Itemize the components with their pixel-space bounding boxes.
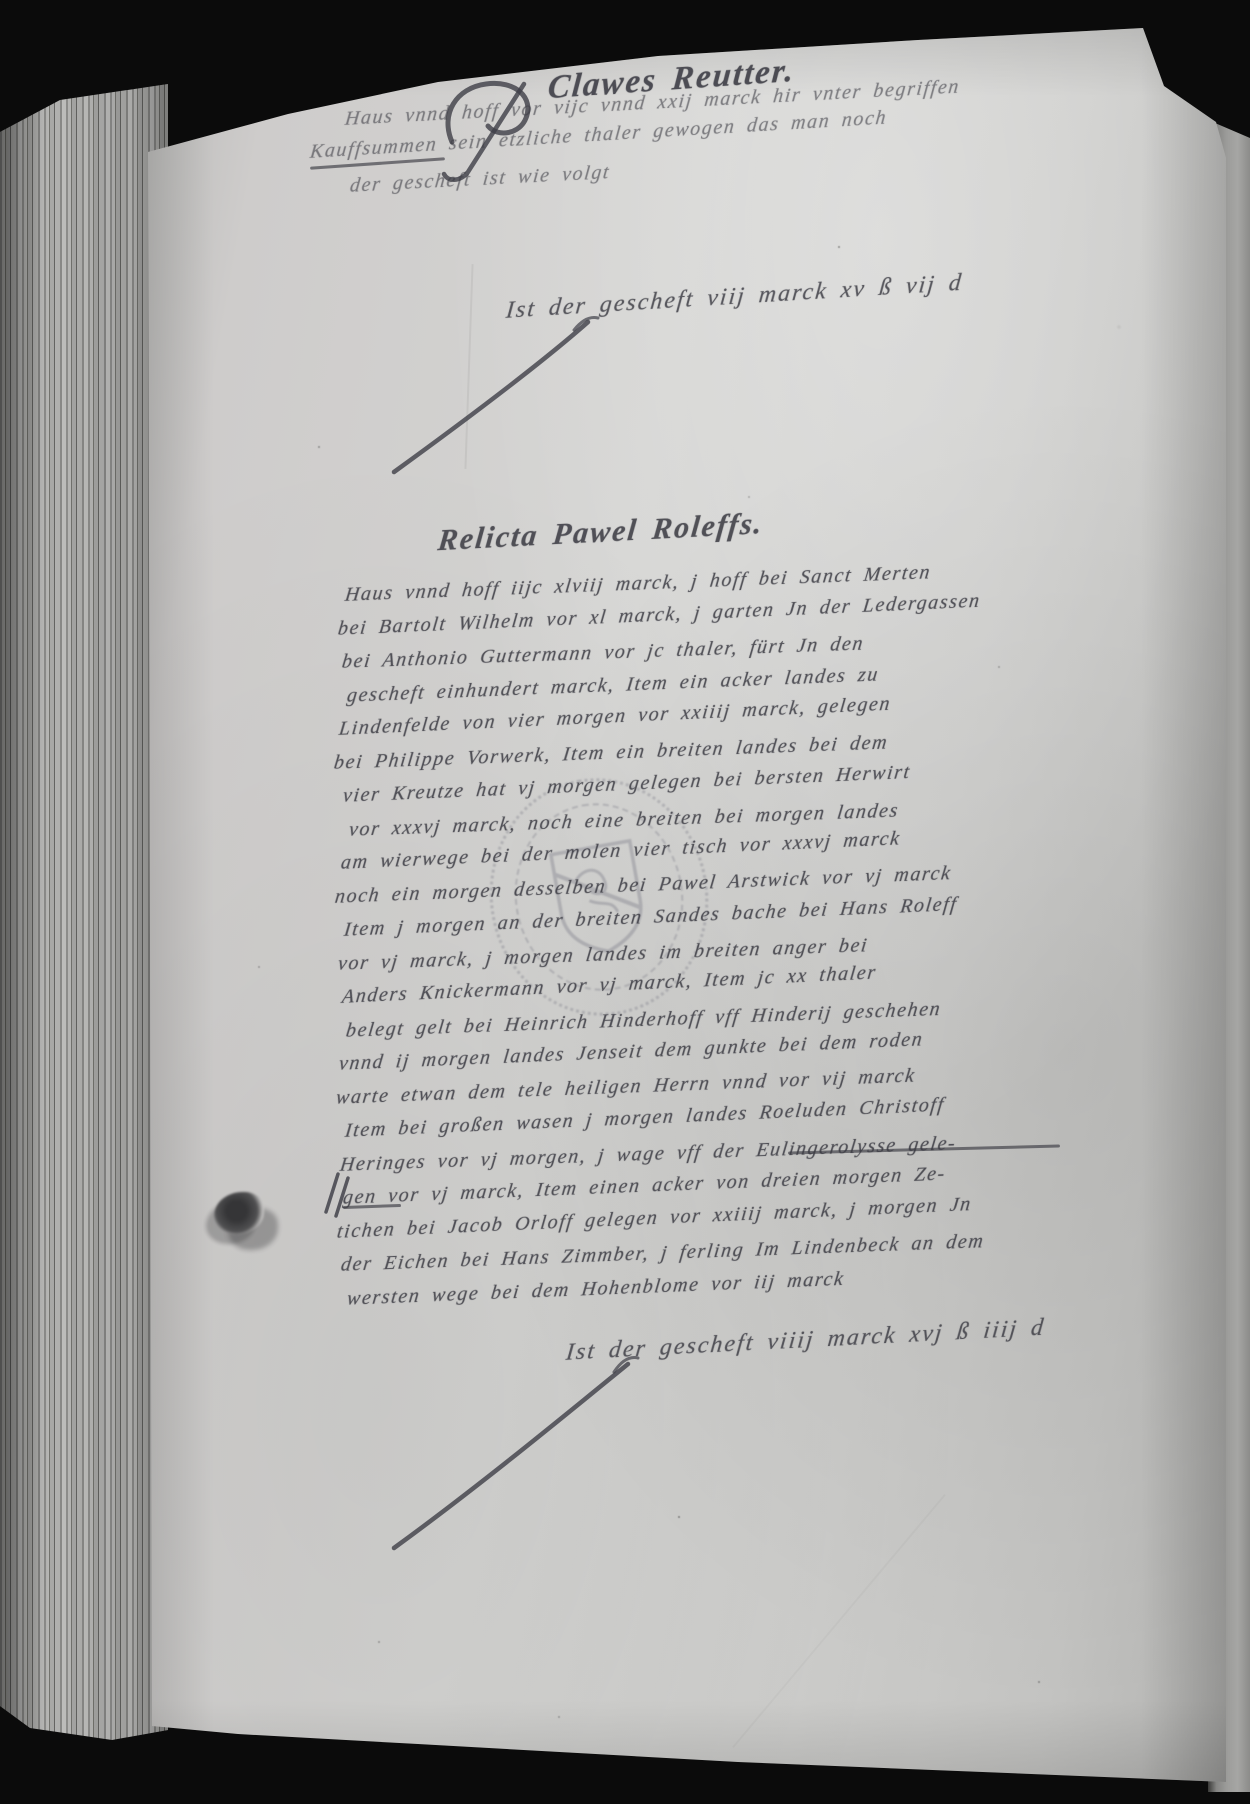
paper-specks (138, 26, 140, 28)
manuscript-line: wersten wege bei dem Hohenblome vor iij … (346, 1268, 846, 1311)
entry-heading: Relicta Pawel Roleffs. (436, 507, 765, 558)
book-photograph: { "colors": { "background": "#0b0b0b", "… (0, 0, 1250, 1804)
settlement-flourish (388, 314, 603, 484)
book-page-edges (0, 40, 168, 1740)
settlement-line: Ist der gescheft viiij marck xvj ß iiij … (565, 1315, 1047, 1367)
manuscript-page: Clawes Reutter. Haus vnnd hoff vor vijc … (138, 26, 1228, 1788)
settlement-flourish (388, 1352, 640, 1562)
settlement-line: Ist der gescheft viij marck xv ß vij d (505, 270, 964, 325)
manuscript-line: der gescheft ist wie volgt (349, 161, 612, 198)
handwritten-text-layer: Clawes Reutter. Haus vnnd hoff vor vijc … (138, 26, 1228, 1788)
